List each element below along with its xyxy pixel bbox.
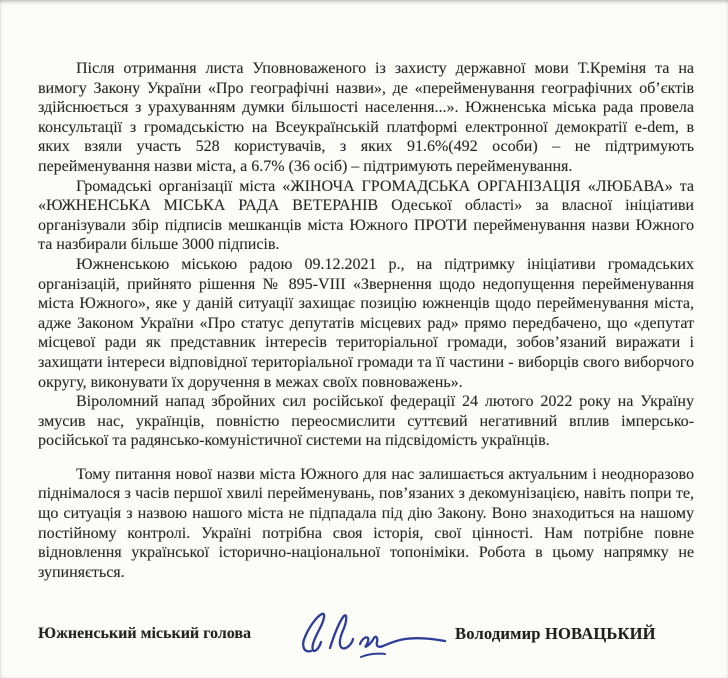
letter-paragraph-5: Тому питання нової назви міста Южного дл… (38, 465, 694, 583)
signer-position-title: Южненський міський голова (38, 624, 251, 644)
letter-paragraph-3: Южненською міською радою 09.12.2021 р., … (38, 255, 694, 392)
scanned-letter-page: Після отримання листа Уповноваженого із … (0, 0, 728, 678)
handwritten-signature-icon (295, 600, 453, 666)
letter-paragraph-4: Віроломний напад збройних сил російської… (38, 392, 694, 451)
signature-block: Южненський міський голова Володимир НОВА… (38, 600, 694, 666)
letter-paragraph-2: Громадські організації міста «ЖІНОЧА ГРО… (38, 177, 694, 255)
letter-paragraph-1: Після отримання листа Уповноваженого із … (38, 59, 694, 177)
signer-name: Володимир НОВАЦЬКИЙ (455, 624, 656, 644)
